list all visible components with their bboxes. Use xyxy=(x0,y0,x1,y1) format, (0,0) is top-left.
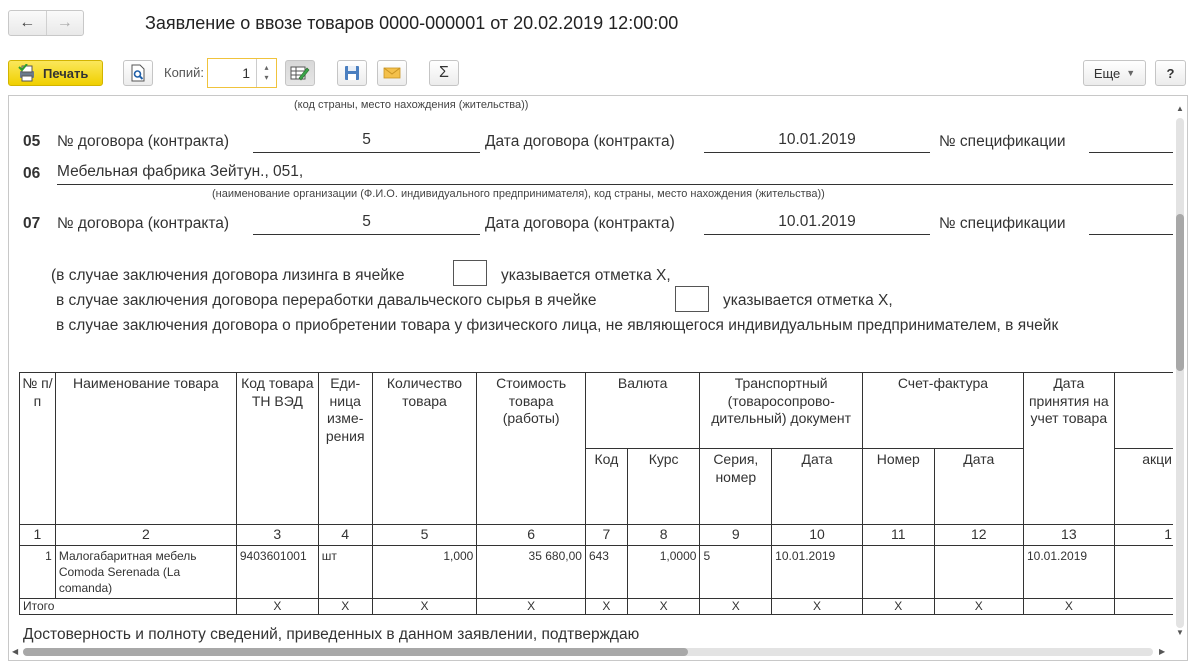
row-num: 1 xyxy=(20,545,56,598)
row-currency-code: 643 xyxy=(585,545,627,598)
header-col14 xyxy=(1114,373,1174,449)
print-preview-button[interactable] xyxy=(123,60,153,86)
header-invoice: Счет-фактура xyxy=(862,373,1023,449)
header-code: Код товара ТН ВЭД xyxy=(236,373,318,525)
row-07-date-label: Дата договора (контракта) xyxy=(485,215,675,233)
header-unit: Еди- ница изме- рения xyxy=(318,373,372,525)
header-accept-date: Дата принятия на учет товара xyxy=(1023,373,1114,525)
copies-input[interactable]: 1 ▴ ▾ xyxy=(207,58,277,88)
row-07-contract-label: № договора (контракта) xyxy=(57,215,229,233)
scroll-down-icon[interactable]: ▼ xyxy=(1176,628,1184,637)
row-05-contract-label: № договора (контракта) xyxy=(57,133,229,151)
note-leasing: (в случае заключения договора лизинга в … xyxy=(51,267,404,285)
header-qty: Количество товара xyxy=(372,373,477,525)
note-individual: в случае заключения договора о приобрете… xyxy=(56,317,1058,335)
row-05-spec-value xyxy=(1089,131,1174,153)
row-name: Малогабаритная мебель Comoda Serenada (L… xyxy=(55,545,236,598)
back-button[interactable]: ← xyxy=(9,11,47,35)
vertical-scroll-track[interactable] xyxy=(1176,118,1184,628)
note-processing-mark: указывается отметка Х, xyxy=(723,292,893,310)
vertical-scroll-thumb[interactable] xyxy=(1176,214,1184,371)
row-05-contract-value: 5 xyxy=(253,131,480,153)
more-label: Еще xyxy=(1094,66,1120,81)
row-06-number: 06 xyxy=(23,165,40,183)
header-currency-rate: Курс xyxy=(627,449,700,525)
header-num: № п/п xyxy=(20,373,56,525)
edit-table-icon xyxy=(290,65,310,81)
report-content: (код страны, место нахождения (жительств… xyxy=(9,96,1174,644)
index-cell: 5 xyxy=(372,525,477,546)
leasing-mark-cell xyxy=(453,260,487,286)
scroll-right-icon[interactable]: ▶ xyxy=(1159,647,1165,656)
row-05-date-value: 10.01.2019 xyxy=(704,131,930,153)
index-cell: 2 xyxy=(55,525,236,546)
send-email-button[interactable] xyxy=(377,60,407,86)
row-07-number: 07 xyxy=(23,215,40,233)
header-invoice-number: Номер xyxy=(862,449,934,525)
index-cell: 7 xyxy=(585,525,627,546)
sigma-icon: Σ xyxy=(439,64,449,82)
total-row: Итого X X X X X X X X X X X xyxy=(20,598,1175,614)
total-mark: X xyxy=(772,598,863,614)
confirmation-text: Достоверность и полноту сведений, привед… xyxy=(23,626,639,644)
country-hint: (код страны, место нахождения (жительств… xyxy=(294,99,528,111)
copies-value[interactable]: 1 xyxy=(208,65,256,81)
help-button[interactable]: ? xyxy=(1155,60,1186,86)
total-mark: X xyxy=(236,598,318,614)
header-col14-sub: акци xyxy=(1114,449,1174,525)
goods-table: № п/п Наименование товара Код товара ТН … xyxy=(19,372,1174,615)
total-mark: X xyxy=(862,598,934,614)
row-unit: шт xyxy=(318,545,372,598)
row-06-hint: (наименование организации (Ф.И.О. индиви… xyxy=(212,188,825,200)
index-cell: 10 xyxy=(772,525,863,546)
index-cell: 3 xyxy=(236,525,318,546)
index-cell: 11 xyxy=(862,525,934,546)
chevron-down-icon: ▼ xyxy=(1126,68,1135,78)
copies-label: Копий: xyxy=(164,65,204,80)
total-mark: X xyxy=(477,598,586,614)
horizontal-scrollbar[interactable]: ◀ ▶ xyxy=(9,644,1174,660)
total-mark: X xyxy=(627,598,700,614)
processing-mark-cell xyxy=(675,286,709,312)
row-05-date-label: Дата договора (контракта) xyxy=(485,133,675,151)
scroll-up-icon[interactable]: ▲ xyxy=(1176,104,1184,113)
report-document: (код страны, место нахождения (жительств… xyxy=(8,95,1188,661)
row-col14 xyxy=(1114,545,1174,598)
help-label: ? xyxy=(1167,66,1175,81)
index-cell: 6 xyxy=(477,525,586,546)
copies-spinner[interactable]: ▴ ▾ xyxy=(256,59,276,87)
save-button[interactable] xyxy=(337,60,367,86)
total-mark: X xyxy=(700,598,772,614)
header-currency: Валюта xyxy=(585,373,700,449)
print-preview-icon xyxy=(130,64,146,82)
navigation-buttons: ← → xyxy=(8,10,84,36)
spin-down-icon[interactable]: ▾ xyxy=(264,73,268,83)
index-cell: 12 xyxy=(934,525,1023,546)
more-button[interactable]: Еще ▼ xyxy=(1083,60,1146,86)
row-transport-series: 5 xyxy=(700,545,772,598)
edit-mode-button[interactable] xyxy=(285,60,315,86)
header-transport-date: Дата xyxy=(772,449,863,525)
print-label: Печать xyxy=(43,66,88,81)
total-label: Итого xyxy=(20,598,237,614)
header-transport-series: Серия, номер xyxy=(700,449,772,525)
row-invoice-date xyxy=(934,545,1023,598)
index-cell: 1 xyxy=(20,525,56,546)
total-mark: X xyxy=(934,598,1023,614)
row-invoice-number xyxy=(862,545,934,598)
row-code: 9403601001 xyxy=(236,545,318,598)
row-05-spec-label: № спецификации xyxy=(939,133,1066,151)
vertical-scrollbar[interactable]: ▲ ▼ xyxy=(1173,96,1187,644)
total-mark: X xyxy=(585,598,627,614)
header-currency-code: Код xyxy=(585,449,627,525)
arrow-left-icon: ← xyxy=(19,14,35,32)
table-row: 1 Малогабаритная мебель Comoda Serenada … xyxy=(20,545,1175,598)
note-processing: в случае заключения договора переработки… xyxy=(56,292,597,310)
note-leasing-mark: указывается отметка Х, xyxy=(501,267,671,285)
index-cell: 9 xyxy=(700,525,772,546)
window-title: Заявление о ввозе товаров 0000-000001 от… xyxy=(145,13,678,34)
spin-up-icon[interactable]: ▴ xyxy=(264,63,268,73)
printer-icon xyxy=(17,64,37,82)
row-transport-date: 10.01.2019 xyxy=(772,545,863,598)
sum-button[interactable]: Σ xyxy=(429,60,459,86)
total-col14 xyxy=(1114,598,1174,614)
header-cost: Стоимость товара (работы) xyxy=(477,373,586,525)
row-05-number: 05 xyxy=(23,133,40,151)
total-mark: X xyxy=(318,598,372,614)
forward-button[interactable]: → xyxy=(47,11,84,35)
header-invoice-date: Дата xyxy=(934,449,1023,525)
envelope-icon xyxy=(383,66,401,80)
arrow-right-icon: → xyxy=(57,14,73,32)
row-currency-rate: 1,0000 xyxy=(627,545,700,598)
total-mark: X xyxy=(1023,598,1114,614)
row-cost: 35 680,00 xyxy=(477,545,586,598)
row-07-date-value: 10.01.2019 xyxy=(704,213,930,235)
row-07-contract-value: 5 xyxy=(253,213,480,235)
header-transport: Транспортный (товаросопрово- дительный) … xyxy=(700,373,862,449)
index-cell: 13 xyxy=(1023,525,1114,546)
index-cell: 1 xyxy=(1114,525,1174,546)
horizontal-scroll-thumb[interactable] xyxy=(23,648,688,656)
row-07-spec-label: № спецификации xyxy=(939,215,1066,233)
row-06-value: Мебельная фабрика Зейтун., 051, xyxy=(57,163,1174,185)
row-qty: 1,000 xyxy=(372,545,477,598)
row-accept-date: 10.01.2019 xyxy=(1023,545,1114,598)
print-button[interactable]: Печать xyxy=(8,60,103,86)
index-cell: 8 xyxy=(627,525,700,546)
save-icon xyxy=(344,65,360,81)
index-cell: 4 xyxy=(318,525,372,546)
total-mark: X xyxy=(372,598,477,614)
header-name: Наименование товара xyxy=(55,373,236,525)
row-07-spec-value xyxy=(1089,213,1174,235)
column-index-row: 1 2 3 4 5 6 7 8 9 10 11 12 13 1 xyxy=(20,525,1175,546)
scroll-left-icon[interactable]: ◀ xyxy=(12,647,18,656)
